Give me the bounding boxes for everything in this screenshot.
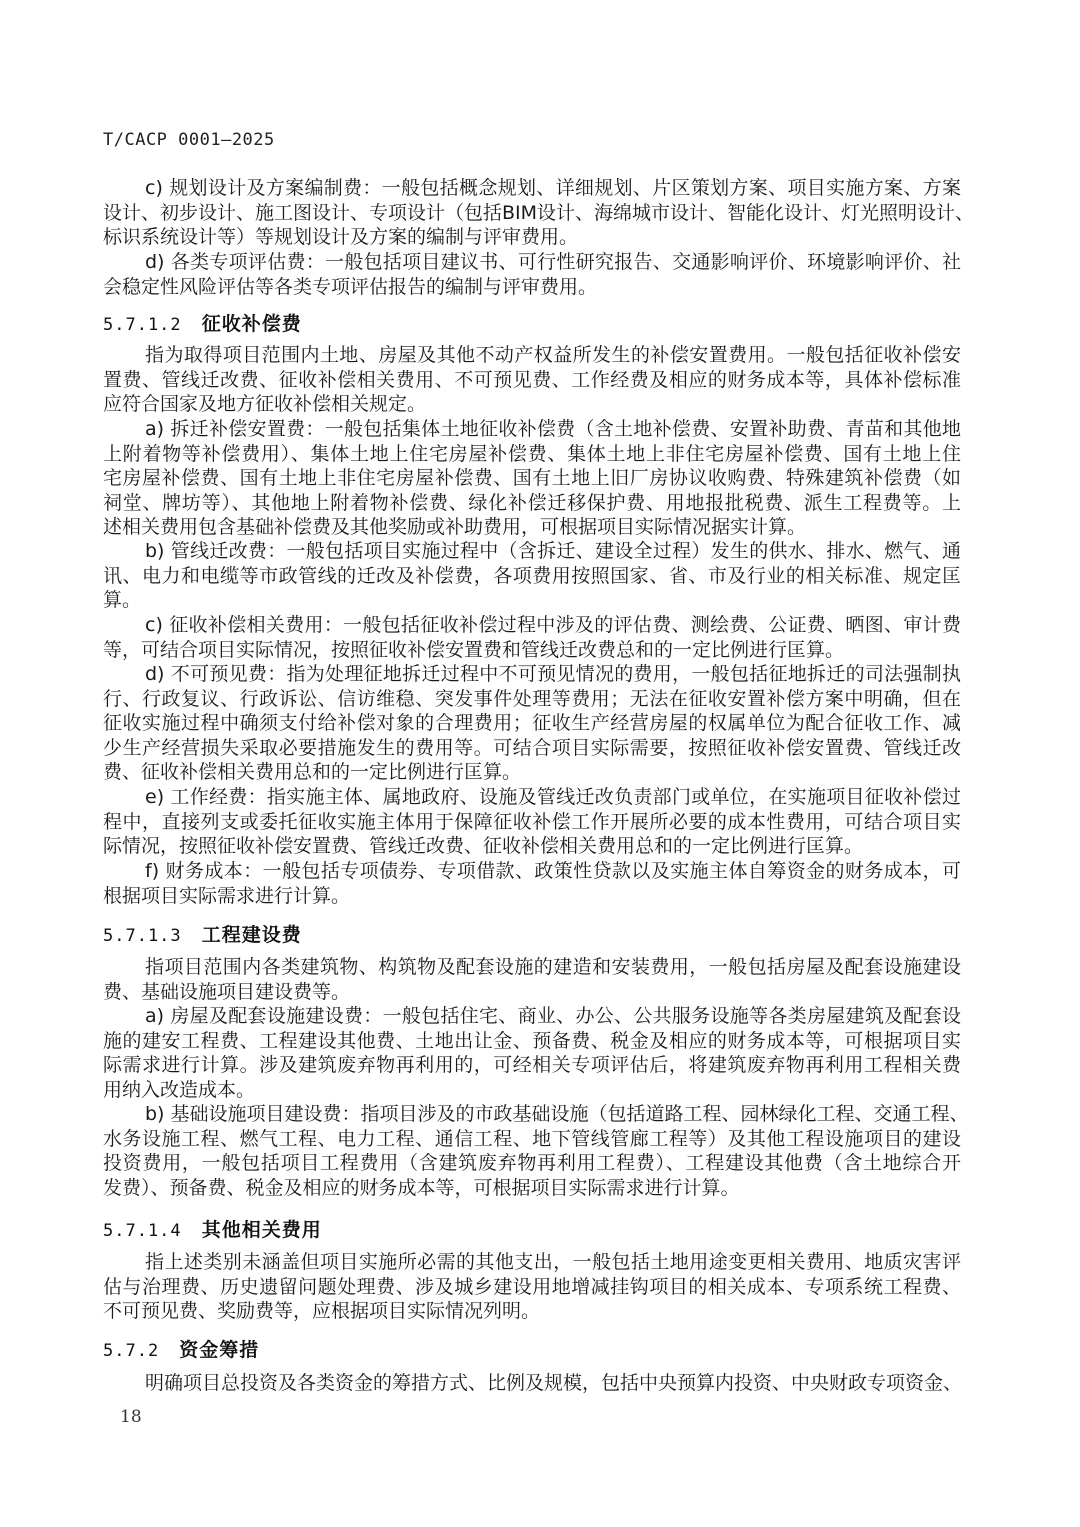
text-line: 征收实施过程中确须支付给补偿对象的合理费用；征收生产经营房屋的权属单位为配合征收… bbox=[103, 711, 961, 736]
text-line: d) 不可预见费：指为处理征地拆迁过程中不可预见情况的费用，一般包括征地拆迁的司… bbox=[103, 662, 961, 687]
text-line: 行、行政复议、行政诉讼、信访维稳、突发事件处理等费用；无法在征收安置补偿方案中明… bbox=[103, 687, 961, 712]
item-d-special-assessment-fee: d) 各类专项评估费：一般包括项目建议书、可行性研究报告、交通影响评价、环境影响… bbox=[103, 250, 961, 299]
text-line: a) 拆迁补偿安置费：一般包括集体土地征收补偿费（含土地补偿费、安置补助费、青苗… bbox=[103, 417, 961, 442]
item-b-pipeline-relocation: b) 管线迁改费：一般包括项目实施过程中（含拆迁、建设全过程）发生的供水、排水、… bbox=[103, 539, 961, 613]
text-line: 明确项目总投资及各类资金的筹措方式、比例及规模，包括中央预算内投资、中央财政专项… bbox=[103, 1371, 961, 1396]
text-line: b) 基础设施项目建设费：指项目涉及的市政基础设施（包括道路工程、园林绿化工程、… bbox=[103, 1102, 961, 1127]
section-heading-5-7-2: 5.7.2 资金筹措 bbox=[103, 1337, 259, 1363]
text-line: 置费、管线迁改费、征收补偿相关费用、不可预见费、工作经费及相应的财务成本等，具体… bbox=[103, 368, 961, 393]
section-heading-5-7-1-2: 5.7.1.2 征收补偿费 bbox=[103, 311, 302, 337]
section-5-7-1-2-intro: 指为取得项目范围内土地、房屋及其他不动产权益所发生的补偿安置费用。一般包括征收补… bbox=[103, 343, 961, 417]
text-line: 估与治理费、历史遗留问题处理费、涉及城乡建设用地增减挂钩项目的相关成本、专项系统… bbox=[103, 1275, 961, 1300]
text-line: 标识系统设计等）等规划设计及方案的编制与评审费用。 bbox=[103, 225, 961, 250]
section-number: 5.7.2 bbox=[103, 1341, 159, 1361]
text-line: e) 工作经费：指实施主体、属地政府、设施及管线迁改负责部门或单位，在实施项目征… bbox=[103, 785, 961, 810]
item-b-infrastructure: b) 基础设施项目建设费：指项目涉及的市政基础设施（包括道路工程、园林绿化工程、… bbox=[103, 1102, 961, 1200]
standard-code: T/CACP 0001—2025 bbox=[103, 130, 275, 150]
text-line: 指上述类别未涵盖但项目实施所必需的其他支出，一般包括土地用途变更相关费用、地质灾… bbox=[103, 1250, 961, 1275]
section-5-7-1-4-intro: 指上述类别未涵盖但项目实施所必需的其他支出，一般包括土地用途变更相关费用、地质灾… bbox=[103, 1250, 961, 1324]
document-page: T/CACP 0001—2025 c) 规划设计及方案编制费：一般包括概念规划、… bbox=[0, 0, 1080, 1527]
text-line: 讯、电力和电缆等市政管线的迁改及补偿费，各项费用按照国家、省、市及行业的相关标准… bbox=[103, 564, 961, 589]
item-a-demolition-compensation: a) 拆迁补偿安置费：一般包括集体土地征收补偿费（含土地补偿费、安置补助费、青苗… bbox=[103, 417, 961, 540]
text-line: 用纳入改造成本。 bbox=[103, 1078, 961, 1103]
text-line: 述相关费用包含基础补偿费及其他奖励或补助费用，可根据项目实际情况据实计算。 bbox=[103, 515, 961, 540]
item-c-related-fees: c) 征收补偿相关费用：一般包括征收补偿过程中涉及的评估费、测绘费、公证费、晒图… bbox=[103, 613, 961, 662]
text-line: d) 各类专项评估费：一般包括项目建议书、可行性研究报告、交通影响评价、环境影响… bbox=[103, 250, 961, 275]
text-line: 等，可结合项目实际情况，按照征收补偿安置费和管线迁改费总和的一定比例进行匡算。 bbox=[103, 638, 961, 663]
text-line: 根据项目实际需求进行计算。 bbox=[103, 884, 961, 909]
text-line: b) 管线迁改费：一般包括项目实施过程中（含拆迁、建设全过程）发生的供水、排水、… bbox=[103, 539, 961, 564]
text-line: 会稳定性风险评估等各类专项评估报告的编制与评审费用。 bbox=[103, 275, 961, 300]
item-c-planning-design-fee: c) 规划设计及方案编制费：一般包括概念规划、详细规划、片区策划方案、项目实施方… bbox=[103, 176, 961, 250]
item-f-financial-cost: f) 财务成本：一般包括专项债券、专项借款、政策性贷款以及实施主体自筹资金的财务… bbox=[103, 859, 961, 908]
text-line: 指为取得项目范围内土地、房屋及其他不动产权益所发生的补偿安置费用。一般包括征收补… bbox=[103, 343, 961, 368]
text-line: 应符合国家及地方征收补偿相关规定。 bbox=[103, 392, 961, 417]
text-line: 际需求进行计算。涉及建筑废弃物再利用的，可经相关专项评估后，将建筑废弃物再利用工… bbox=[103, 1053, 961, 1078]
section-number: 5.7.1.3 bbox=[103, 926, 182, 946]
text-line: 程中，直接列支或委托征收实施主体用于保障征收补偿工作开展所必要的成本性费用，可结… bbox=[103, 810, 961, 835]
item-a-housing-facilities: a) 房屋及配套设施建设费：一般包括住宅、商业、办公、公共服务设施等各类房屋建筑… bbox=[103, 1004, 961, 1102]
item-d-contingency: d) 不可预见费：指为处理征地拆迁过程中不可预见情况的费用，一般包括征地拆迁的司… bbox=[103, 662, 961, 785]
text-line: 不可预见费、奖励费等，应根据项目实际情况列明。 bbox=[103, 1299, 961, 1324]
text-line: 发费）、预备费、税金及相应的财务成本等，可根据项目实际需求进行计算。 bbox=[103, 1176, 961, 1201]
text-line: 少生产经营损失采取必要措施发生的费用等。可结合项目实际需要，按照征收补偿安置费、… bbox=[103, 736, 961, 761]
text-line: 指项目范围内各类建筑物、构筑物及配套设施的建造和安装费用，一般包括房屋及配套设施… bbox=[103, 955, 961, 980]
section-number: 5.7.1.2 bbox=[103, 315, 182, 335]
section-5-7-1-3-intro: 指项目范围内各类建筑物、构筑物及配套设施的建造和安装费用，一般包括房屋及配套设施… bbox=[103, 955, 961, 1004]
text-line: c) 规划设计及方案编制费：一般包括概念规划、详细规划、片区策划方案、项目实施方… bbox=[103, 176, 961, 201]
text-line: 算。 bbox=[103, 588, 961, 613]
text-line: 上附着物等补偿费用）、集体土地上住宅房屋补偿费、集体土地上非住宅房屋补偿费、国有… bbox=[103, 442, 961, 467]
section-5-7-2-intro: 明确项目总投资及各类资金的筹措方式、比例及规模，包括中央预算内投资、中央财政专项… bbox=[103, 1371, 961, 1396]
text-line: 费、征收补偿相关费用总和的一定比例进行匡算。 bbox=[103, 760, 961, 785]
section-number: 5.7.1.4 bbox=[103, 1221, 182, 1241]
section-heading-5-7-1-4: 5.7.1.4 其他相关费用 bbox=[103, 1217, 322, 1243]
page-number: 18 bbox=[120, 1407, 142, 1427]
text-line: 祠堂、牌坊等）、其他地上附着物补偿费、绿化补偿迁移保护费、用地报批税费、派生工程… bbox=[103, 491, 961, 516]
text-line: a) 房屋及配套设施建设费：一般包括住宅、商业、办公、公共服务设施等各类房屋建筑… bbox=[103, 1004, 961, 1029]
text-line: c) 征收补偿相关费用：一般包括征收补偿过程中涉及的评估费、测绘费、公证费、晒图… bbox=[103, 613, 961, 638]
text-line: f) 财务成本：一般包括专项债券、专项借款、政策性贷款以及实施主体自筹资金的财务… bbox=[103, 859, 961, 884]
text-line: 投资费用，一般包括项目工程费用（含建筑废弃物再利用工程费）、工程建设其他费（含土… bbox=[103, 1151, 961, 1176]
text-line: 施的建安工程费、工程建设其他费、土地出让金、预备费、税金及相应的财务成本等，可根… bbox=[103, 1029, 961, 1054]
text-line: 宅房屋补偿费、国有土地上非住宅房屋补偿费、国有土地上旧厂房协议收购费、特殊建筑补… bbox=[103, 466, 961, 491]
section-title: 资金筹措 bbox=[179, 1339, 259, 1361]
text-line: 费、基础设施项目建设费等。 bbox=[103, 980, 961, 1005]
section-title: 其他相关费用 bbox=[202, 1219, 322, 1241]
section-title: 工程建设费 bbox=[202, 924, 302, 946]
section-heading-5-7-1-3: 5.7.1.3 工程建设费 bbox=[103, 922, 302, 948]
item-e-working-funds: e) 工作经费：指实施主体、属地政府、设施及管线迁改负责部门或单位，在实施项目征… bbox=[103, 785, 961, 859]
section-title: 征收补偿费 bbox=[202, 313, 302, 335]
text-line: 设计、初步设计、施工图设计、专项设计（包括BIM设计、海绵城市设计、智能化设计、… bbox=[103, 201, 961, 226]
text-line: 际情况，按照征收补偿安置费、管线迁改费、征收补偿相关费用总和的一定比例进行匡算。 bbox=[103, 834, 961, 859]
text-line: 水务设施工程、燃气工程、电力工程、通信工程、地下管线管廊工程等）及其他工程设施项… bbox=[103, 1127, 961, 1152]
